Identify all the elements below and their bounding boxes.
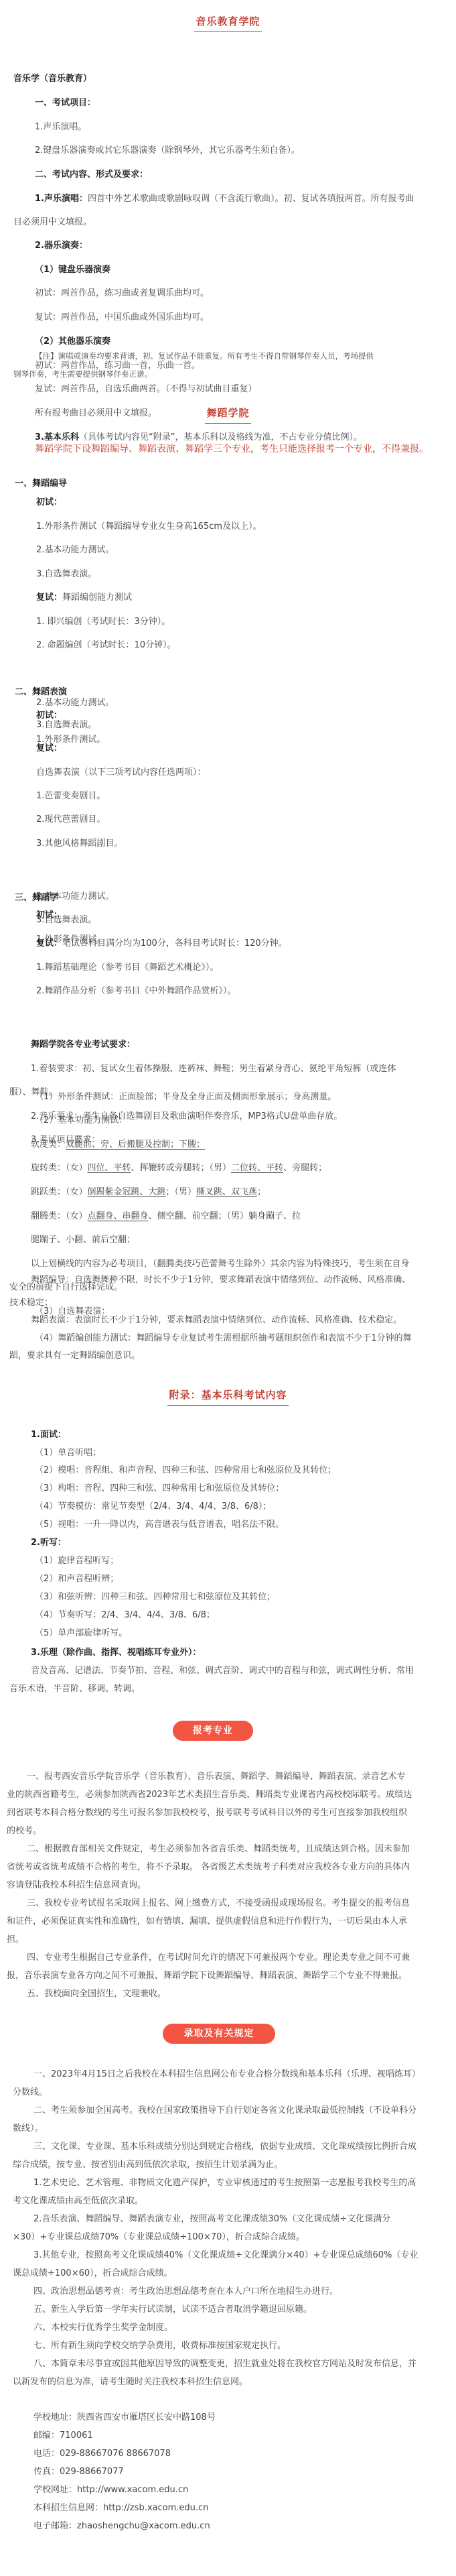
label: 复试：: [36, 742, 62, 755]
list-item: （3）构唱：音程、四种三和弦、四种常用七和弦原位及其转位；: [35, 1482, 284, 1495]
admissions-site-row: 本科招生信息网：http://zsb.xacom.edu.cn: [33, 2502, 208, 2515]
paragraph-continued: ×30）+专业课总成绩70%（专业课总成绩÷100×70），折合成综合成绩。: [13, 2231, 305, 2244]
label: 复试：: [36, 593, 62, 603]
paragraph-continued: 音乐术语，半音阶、移调、转调。: [9, 1682, 140, 1696]
list-item: （4）节奏听写：2/4、3/4、4/4、3/8、6/8；: [35, 1609, 215, 1622]
paragraph-continued: 和证件，必须保证真实性和准确性，如有错填、漏填、提供虚假信息和进行作假行为，一切…: [7, 1915, 407, 1928]
list-item: 2. 命题编创（考试时长：10分钟）。: [36, 639, 176, 652]
skill-row-continued: 腿蹦子、小翻、前后空翻；: [31, 1233, 135, 1247]
note-line: 钢琴伴奏，考生需要提供钢琴伴奏正谱。: [13, 367, 152, 381]
list-item: 2.现代芭蕾剧目。: [36, 813, 105, 826]
paragraph: 七、所有新生须向学校交纳学杂费用，收费标准按国家规定执行。: [33, 2339, 286, 2353]
paragraph: 舞蹈表演：表演时长不少于1分钟，要求舞蹈表演中情绪到位、动作流畅、风格准确、技术…: [31, 1314, 402, 1327]
paragraph: 三、文化课、专业课、基本乐科成绩分别达到规定合格线，依据专业成绩、文化课成绩按比…: [33, 2140, 416, 2154]
paragraph-continued: 蹈，要求具有一定舞蹈编创意识。: [9, 1349, 140, 1363]
list-item: （5）视唱：一升一降以内，高音谱表与低音谱表，唱名法不限。: [35, 1518, 284, 1532]
list-item: （1）旋律音程听写；: [35, 1554, 119, 1568]
paragraph-continued: 课总成绩÷100×60），折合成综合成绩。: [13, 2267, 173, 2280]
paragraph: 五、我校面向全国招生，文理兼收。: [27, 1987, 166, 2001]
heading: 一、考试项目：: [35, 97, 96, 110]
admissions-site-link[interactable]: http://zsb.xacom.edu.cn: [103, 2503, 208, 2513]
heading: 舞蹈学院各专业考试要求：: [31, 1038, 135, 1052]
paragraph-continued: 容请登陆我校本科招生信息网查询。: [7, 1879, 146, 1892]
list-item: （1）单音听唱；: [35, 1447, 101, 1460]
text: 四首中外艺术歌曲或歌剧咏叹调（不含流行歌曲）。初、复试各填报两首。所有报考曲: [88, 194, 414, 204]
paragraph: 四、政治思想品德考查：考生政治思想品德考查在本人户口所在地招生办进行。: [33, 2285, 338, 2298]
label: 1.声乐演唱：: [35, 194, 88, 204]
school-address: 学校地址：陕西省西安市雁塔区长安中路108号: [33, 2411, 216, 2425]
paragraph: 一、2023年4月15日之后我校在本科招生信息网公布专业合格分数线和基本乐科（乐…: [33, 2068, 421, 2081]
heading: 2.听写：: [31, 1536, 66, 1550]
paragraph-continued: 担。: [7, 1933, 24, 1947]
subheading: （1）键盘乐器演奏: [35, 263, 110, 277]
section-title-appendix: 附录：基本乐科考试内容: [0, 1388, 456, 1406]
list-item: 2.基本功能力测试。: [36, 696, 114, 710]
paragraph: 复试：舞蹈编创能力测试: [36, 591, 132, 605]
paragraph: 2.音乐表演、舞蹈编导、舞蹈表演专业，按照高考文化课成绩30%（文化课成绩÷文化…: [33, 2213, 390, 2226]
dance-intro: 舞蹈学院下设舞蹈编导、舞蹈表演、舞蹈学三个专业，考生只能选择报考一个专业，不得兼…: [35, 442, 429, 456]
heading: 2.器乐演奏：: [35, 239, 88, 253]
major-title: 音乐学（音乐教育）: [13, 72, 92, 86]
list-item: 3.自选舞表演。: [36, 568, 96, 581]
website-link[interactable]: http://www.xacom.edu.cn: [77, 2485, 188, 2495]
skill-row: 翻腾类：（女）点翻身、串翻身、侧空翻、前空翻；（男）躺身蹦子、拉: [31, 1210, 301, 1223]
paragraph-continued: 以新发布的信息为准，请考生随时关注我校本科招生信息网。: [13, 2376, 248, 2389]
skill-row: 软度类：双腿前、旁、后搬腿及控制；下腰；: [31, 1138, 205, 1152]
paragraph-continued: 省统考或省统考成绩不合格的考生，将不予录取。 各省级艺术类统考子科类对应我校各专…: [7, 1861, 410, 1874]
section-title-dance: 舞蹈学院: [0, 406, 456, 424]
paragraph: 1.着装要求：初、复试女生着体操服、连裤袜、舞鞋；男生着紧身背心、氨纶平角短裤（…: [31, 1062, 396, 1076]
list-item: （3）和弦听辨：四种三和弦、四种常用七和弦原位及其转位；: [35, 1591, 275, 1604]
list-item: 1. 即兴编创（考试时长：3分钟）。: [36, 615, 170, 629]
list-item: （2）基本功能力测试：: [35, 1114, 127, 1127]
paragraph: 二、考生须参加全国高考。我校在国家政策指导下自行划定各省文化课录取最低控制线（不…: [33, 2104, 416, 2118]
paragraph: 四、专业考生根据自己专业条件，在考试时间允许的情况下可兼报两个专业。理论类专业之…: [27, 1951, 410, 1965]
list-item: 自选舞表演（以下三项考试内容任选两项）：: [36, 766, 206, 780]
paragraph: 八、本简章未尽事宜或因其他原因导致的调整变更，招生就业处将在我校官方网站及时发布…: [33, 2357, 416, 2371]
list-item: 3.其他风格舞蹈剧目。: [36, 837, 123, 851]
list-item: （4）节奏模仿：常见节奏型（2/4、3/4、4/4、3/8、6/8）；: [35, 1500, 271, 1514]
paragraph: 音及音高、记谱法、节奏节拍、音程、和弦、调式音阶、调式中的音程与和弦，调式调性分…: [31, 1664, 414, 1678]
skill-row: 跳跃类：（女）倒踢紫金冠跳、大跳；（男）撕叉跳、双飞燕；: [31, 1186, 266, 1199]
paragraph: 一、报考西安音乐学院音乐学（音乐教育）、音乐表演、舞蹈学、舞蹈编导、舞蹈表演、录…: [27, 1770, 406, 1784]
list-item: 3.自选舞表演。: [36, 914, 96, 927]
paragraph-continued: 的校考。: [7, 1825, 42, 1838]
list-item: 1.芭蕾变奏剧目。: [36, 790, 105, 803]
paragraph-continued: 报，音乐表演专业各方向之间不可兼报，舞蹈学院下设舞蹈编导、舞蹈表演、舞蹈学三个专…: [7, 1969, 407, 1983]
section-title-music-edu: 音乐教育学院: [0, 15, 456, 32]
skill-row: 旋转类：（女）四位、平转、挥鞭转或旁腿转；（男）二位转、平转、旁腿转；: [31, 1162, 327, 1175]
paragraph-continued: 数线）。: [13, 2122, 44, 2136]
list-item: 3.自选舞表演。: [36, 719, 96, 732]
list-item: （2）和声音程听辨；: [35, 1573, 119, 1586]
paragraph: 复试：笔试各科目满分均为100分，各科目考试时长：120分钟。: [36, 937, 287, 950]
email-row: 电子邮箱：zhaoshengchu@xacom.edu.cn: [33, 2520, 210, 2533]
paragraph: 二、根据教育部相关文件规定，考生必须参加各省音乐类、舞蹈类统考，且成绩达到合格。…: [27, 1843, 410, 1856]
label: 3.基本乐科: [35, 432, 79, 442]
fax: 传真：029-88667077: [33, 2465, 124, 2479]
paragraph-continued: 目必须用中文填报。: [13, 216, 92, 229]
paragraph: 3.其他专业，按照高考文化课成绩40%（文化课成绩÷文化课满分×40）+专业课总…: [33, 2249, 418, 2262]
list-item: 1.外形条件测试（舞蹈编导专业女生身高165cm及以上）。: [36, 520, 262, 534]
subheading: （2）其他器乐演奏: [35, 335, 110, 349]
paragraph-continued: 考文化课成绩由高至低依次录取。: [13, 2195, 143, 2208]
paragraph: （4）舞蹈编创能力测试：舞蹈编导专业复试考生需根据所抽考题组织创作和表演不少于1…: [35, 1332, 412, 1345]
paragraph: 六、本校实行优秀学生奖学金制度。: [33, 2321, 173, 2335]
list-item: （2）模唱：音程组、和声音程、四种三和弦、四种常用七和弦原位及其转位；: [35, 1464, 336, 1477]
list-item: 1.舞蹈基础理论（参考书目《舞蹈艺术概论》）。: [36, 961, 218, 975]
note-line: 【注】演唱或演奏均要求背谱，初、复试作品不能重复。所有考生不得自带钢琴伴奏人员，…: [35, 349, 374, 363]
paragraph: 舞蹈编导：自选舞舞种不限，时长不少于1分钟，要求舞蹈表演中情绪到位、动作流畅、风…: [31, 1274, 410, 1287]
list-item: （1）外形条件测试：正面脸部；半身及全身正面及侧面形象展示；身高测量。: [35, 1091, 336, 1104]
list-item: 2.基本功能力测试。: [36, 544, 114, 557]
heading: 一、舞蹈编导: [15, 477, 67, 491]
paragraph-continued: 到省联考本科合格分数线的考生可报名参加我校校考，报考联考考试科目以外的考生可直接…: [7, 1806, 407, 1820]
paragraph: 五、新生入学后第一学年实行试读制，试读不适合者取消学籍退回原籍。: [33, 2303, 312, 2317]
list-item: 初试：两首作品，练习曲或者复调乐曲均可。: [35, 287, 209, 300]
list-item: 1.声乐演唱。: [35, 121, 86, 134]
label: 初试：: [36, 496, 62, 509]
list-item: （5）单声部旋律听写。: [35, 1627, 127, 1640]
website-row: 学校网址：http://www.xacom.edu.cn: [33, 2483, 188, 2497]
paragraph-continued: 综合成绩，按专业、按省别由高到低依次录取，按招生计划录满为止。: [13, 2158, 283, 2172]
admission-rules-badge: 录取及有关规定: [163, 2024, 275, 2044]
paragraph-continued: 业的陕西省籍考生，必须参加陕西省2023年艺术类招生音乐类、舞蹈类专业课省内高校…: [7, 1788, 412, 1802]
heading: 3.乐理（除作曲、指挥、视唱练耳专业外）：: [31, 1646, 201, 1660]
heading: 二、考试内容、形式及要求：: [35, 168, 148, 182]
paragraph: 1.声乐演唱：四首中外艺术歌曲或歌剧咏叹调（不含流行歌曲）。初、复试各填报两首。…: [35, 192, 414, 206]
list-item: 复试：两首作品，中国乐曲或外国乐曲均可。: [35, 311, 209, 324]
paragraph-continued: 分数线。: [13, 2086, 48, 2099]
paragraph: 三、我校专业考试报名采取网上报名、网上缴费方式，不接受函报或现场报名。考生提交的…: [27, 1897, 410, 1910]
list-item: 2.基本功能力测试。: [36, 890, 114, 904]
text: （具体考试内容见“附录”，基本乐科以及格线为准，不占专业分值比例）。: [79, 432, 362, 442]
label: 复试：: [36, 938, 62, 948]
paragraph: 1.艺术史论、艺术管理、非物质文化遗产保护，专业审核通过的考生按照第一志愿报考我…: [33, 2176, 416, 2190]
text: 舞蹈编创能力测试: [62, 593, 132, 603]
phone: 电话：029-88667076 88667078: [33, 2447, 171, 2461]
heading: 1.面试：: [31, 1428, 66, 1442]
list-item: 2.键盘乐器演奏或其它乐器演奏（除钢琴外，其它乐器考生须自备）。: [35, 144, 300, 158]
text: 笔试各科目满分均为100分，各科目考试时长：120分钟。: [62, 938, 287, 948]
list-item: 2.舞蹈作品分析（参考书目《中外舞蹈作品赏析》）。: [36, 985, 236, 998]
paragraph: 以上划横线的内容为必考项目，（翻腾类技巧芭蕾舞考生除外）其余内容为特殊技巧，考生…: [31, 1258, 410, 1271]
email-link[interactable]: zhaoshengchu@xacom.edu.cn: [77, 2521, 210, 2531]
paragraph-continued: 技术稳定；: [9, 1296, 53, 1310]
list-item: 复试：两首作品，自选乐曲两首。（不得与初试曲目重复）: [35, 383, 257, 396]
apply-majors-badge: 报考专业: [173, 1721, 253, 1741]
postcode: 邮编：710061: [33, 2429, 93, 2443]
